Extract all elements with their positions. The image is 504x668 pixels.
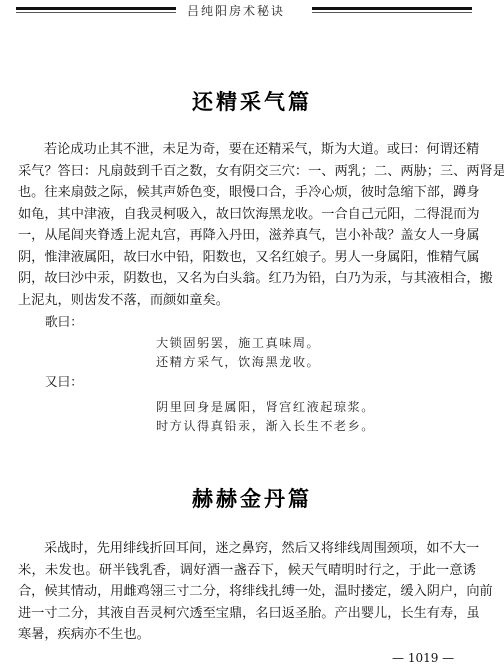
section-title-2: 赫赫金丹篇 (0, 483, 504, 513)
verse-label-2: 又曰： (45, 371, 83, 390)
book-title: 吕纯阳房术秘诀 (187, 2, 285, 19)
paragraph-line: 米，未发也。研半钱乳香，调好酒一盏吞下，候天气晴明时行之，于此一意诱 (18, 560, 476, 582)
paragraph-line: 若论成功止其不泄，未足为奇，要在还精采气，斯为大道。或曰：何谓还精 (18, 139, 476, 161)
verse-2: 阴里回身是属阳，肾宫红液起琼浆。 时方认得真铅汞，渐入长生不老乡。 (156, 398, 375, 436)
section-2-paragraph: 采战时，先用绯线折回耳间，迷之鼻窍，然后又将绯线周围颈项，如不大一 米，未发也。… (18, 538, 476, 646)
section-title-1: 还精采气篇 (0, 86, 504, 116)
verse-line: 大锁固躬罢，施工真味周。 (156, 334, 320, 353)
verse-1: 大锁固躬罢，施工真味周。 还精方采气，饮海黑龙收。 (156, 334, 320, 372)
paragraph-line: 一，从尾闾夹脊透上泥丸宫，再降入丹田，滋养真气，岂小补哉？盖女人一身属 (18, 225, 476, 247)
header-rule-right (312, 7, 472, 10)
section-1-paragraph: 若论成功止其不泄，未足为奇，要在还精采气，斯为大道。或曰：何谓还精 采气？答曰：… (18, 139, 476, 311)
verse-label-1: 歌曰： (45, 311, 83, 330)
running-header: 吕纯阳房术秘诀 (0, 3, 504, 17)
paragraph-line: 寒暑，疾病亦不生也。 (18, 624, 476, 646)
verse-line: 时方认得真铅汞，渐入长生不老乡。 (156, 417, 375, 436)
paragraph-line: 进一寸二分，其液自吾灵柯穴透至宝鼎，名曰返圣胎。产出婴儿，长生有寿，虽 (18, 603, 476, 625)
paragraph-line: 上泥丸，则齿发不落，而颜如童矣。 (18, 290, 476, 312)
verse-line: 阴里回身是属阳，肾宫红液起琼浆。 (156, 398, 375, 417)
paragraph-line: 阴，故曰沙中汞，阴数也，又名为白头翁。红乃为铅，白乃为汞，与其液相合，搬 (18, 268, 476, 290)
paragraph-line: 如龟，其中津液，自我灵柯吸入，故曰饮海黑龙收。一合自己元阳，二得混而为 (18, 204, 476, 226)
header-rule-left (16, 7, 176, 10)
paragraph-line: 合，候其情动，用雌鸡翎三寸二分，将绯线扎缚一处，温时搂定，缓入阴户，向前 (18, 581, 476, 603)
verse-line: 还精方采气，饮海黑龙收。 (156, 353, 320, 372)
page-number: — 1019 — (392, 651, 454, 665)
paragraph-line: 采气？答曰：凡扇鼓到千百之数，女有阴交三穴：一、两乳；二、两胁；三、两肾是 (18, 161, 476, 183)
paragraph-line: 阴，惟津液属阳，故曰水中铅，阳数也，又名红娘子。男人一身属阳，惟精气属 (18, 247, 476, 269)
paragraph-line: 采战时，先用绯线折回耳间，迷之鼻窍，然后又将绯线周围颈项，如不大一 (18, 538, 476, 560)
paragraph-line: 也。往来扇鼓之际，候其声娇色变，眼慢口合，手冷心烦，彼时急缩下部，蹲身 (18, 182, 476, 204)
